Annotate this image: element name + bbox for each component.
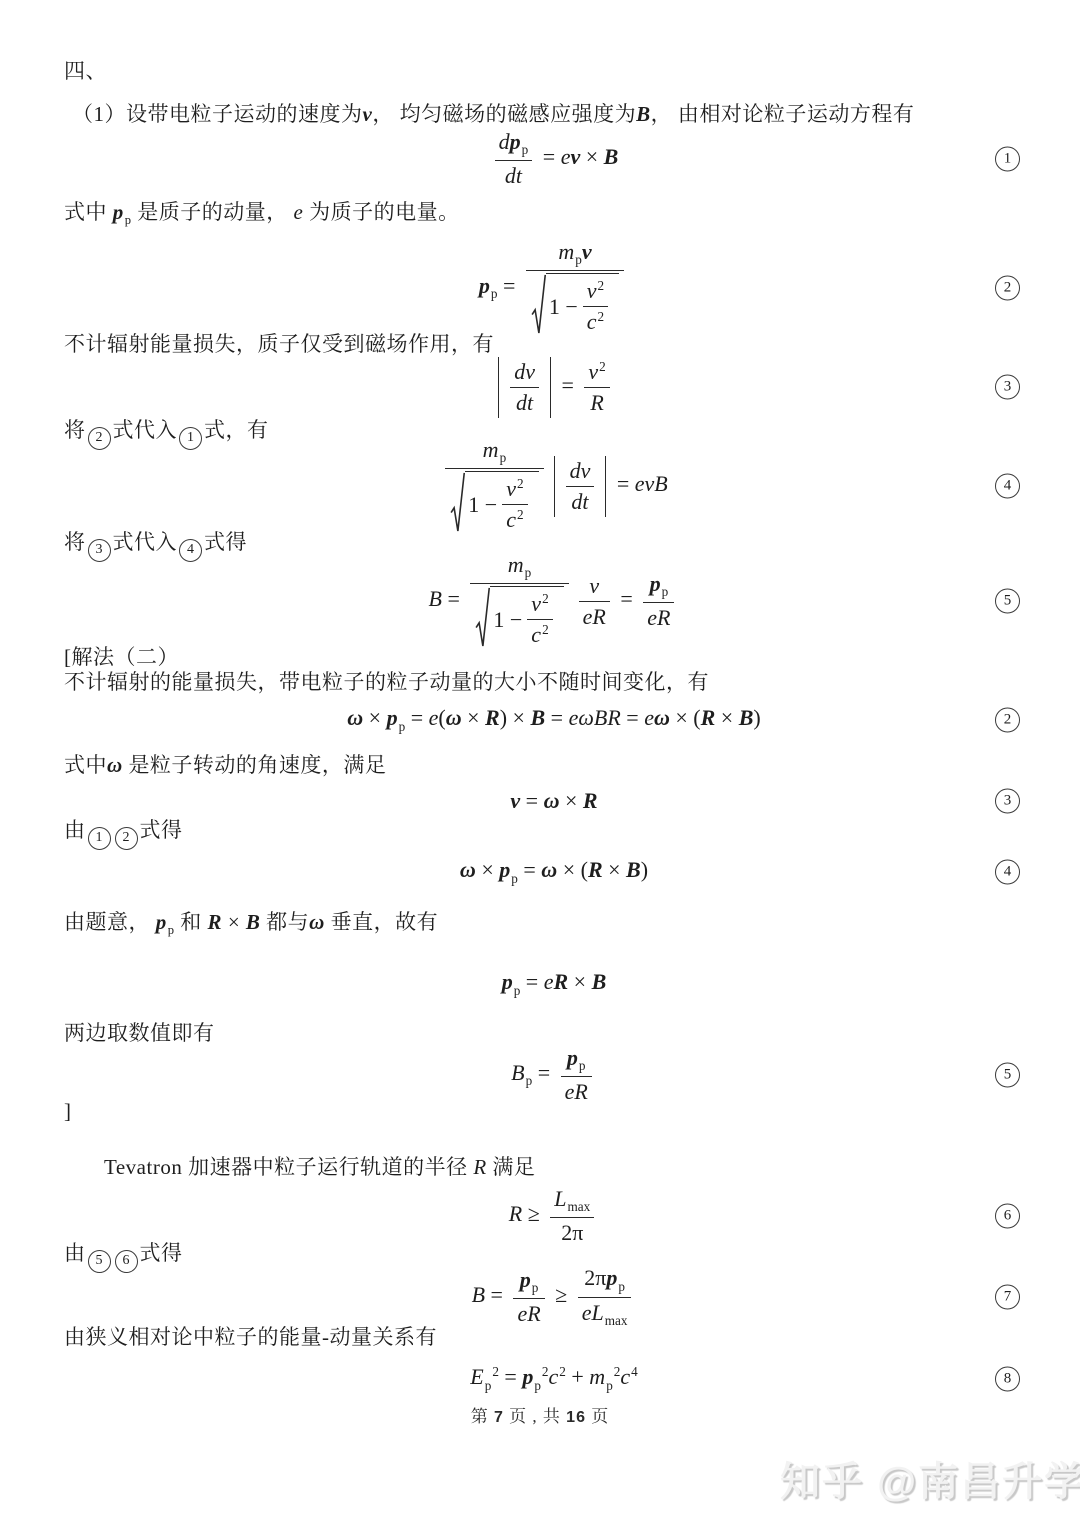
formula-5b: Bp = ppeR — [511, 1044, 597, 1106]
formula-3b: v = ω × R — [510, 788, 597, 814]
equation-tag-4b: 4 — [993, 860, 1022, 885]
equation-row-4: mp1 − v2c2dvdt = evB 4 — [0, 441, 1080, 531]
paragraph-relativity: 由狭义相对论中粒子的能量-动量关系有 — [64, 1324, 437, 1350]
equation-row-4b: ω × pp = ω × (R × B) 4 — [0, 853, 1080, 891]
equation-row-8: Ep2 = pp2c2 + mp2c4 8 — [0, 1360, 1080, 1398]
equation-tag-4: 4 — [993, 474, 1022, 499]
paragraph-tevatron: Tevatron 加速器中粒子运行轨道的半径 R 满足 — [104, 1154, 535, 1180]
formula-8: Ep2 = pp2c2 + mp2c4 — [470, 1364, 637, 1393]
paragraph-where-pp: 式中 pp 是质子的动量， e 为质子的电量。 — [64, 199, 460, 229]
equation-row-6: R ≥ Lmax2π 6 — [0, 1187, 1080, 1245]
solution2-heading: [解法（二） — [64, 644, 179, 670]
equation-tag-3b: 3 — [993, 789, 1022, 814]
equation-tag-6: 6 — [993, 1204, 1022, 1229]
paragraph-from12: 由12式得 — [64, 817, 183, 850]
formula-7: B = ppeR ≥ 2πppeLmax — [472, 1264, 637, 1330]
paragraph-bytopic: 由题意， pp 和 R × B 都与ω 垂直，故有 — [64, 909, 438, 939]
equation-row-2: pp = mpv1 − v2c2 2 — [0, 240, 1080, 336]
paragraph-intro: （1）设带电粒子运动的速度为v， 均匀磁场的磁感应强度为B， 由相对论粒子运动方… — [72, 101, 914, 127]
paragraph-bothsides: 两边取数值即有 — [64, 1020, 215, 1046]
equation-row-3: dvdt = v2R 3 — [0, 356, 1080, 418]
equation-row-2b: ω × pp = e(ω × R) × B = eωBR = eω × (R ×… — [0, 700, 1080, 740]
equation-row-5: B = mp1 − v2c2veR = ppeR 5 — [0, 553, 1080, 649]
equation-tag-5: 5 — [993, 589, 1022, 614]
formula-6: R ≥ Lmax2π — [509, 1185, 600, 1247]
paragraph-noloss2: 不计辐射的能量损失，带电粒子的粒子动量的大小不随时间变化，有 — [64, 669, 709, 695]
equation-tag-2b: 2 — [993, 708, 1022, 733]
equation-row-7: B = ppeR ≥ 2πppeLmax 7 — [0, 1265, 1080, 1329]
formula-3: dvdt = v2R — [493, 357, 615, 418]
formula-1: dppdt = ev × B — [490, 128, 619, 190]
formula-2: pp = mpv1 − v2c2 — [479, 238, 629, 338]
equation-tag-2: 2 — [993, 276, 1022, 301]
equation-tag-7: 7 — [993, 1285, 1022, 1310]
equation-row-pp: pp = eR × B — [0, 966, 1080, 1002]
paragraph-noloss1: 不计辐射能量损失，质子仅受到磁场作用，有 — [64, 331, 494, 357]
equation-tag-8: 8 — [993, 1367, 1022, 1392]
equation-row-1: dppdt = ev × B 1 — [0, 128, 1080, 190]
page-footer: 第 7 页 , 共 16 页 — [0, 1402, 1080, 1427]
equation-tag-5b: 5 — [993, 1063, 1022, 1088]
formula-4: mp1 − v2c2dvdt = evB — [440, 436, 667, 536]
formula-2b: ω × pp = e(ω × R) × B = eωBR = eω × (R ×… — [347, 705, 760, 734]
watermark: 知乎 @南昌升学通 — [780, 1450, 1080, 1507]
formula-pp: pp = eR × B — [502, 969, 607, 998]
paragraph-where-omega: 式中ω 是粒子转动的角速度，满足 — [64, 752, 386, 778]
equation-tag-1: 1 — [993, 147, 1022, 172]
formula-4b: ω × pp = ω × (R × B) — [460, 857, 648, 886]
equation-row-5b: Bp = ppeR 5 — [0, 1045, 1080, 1105]
bracket-close: ] — [64, 1098, 72, 1124]
equation-tag-3: 3 — [993, 375, 1022, 400]
section-heading: 四、 — [64, 58, 107, 84]
document-page: 四、 （1）设带电粒子运动的速度为v， 均匀磁场的磁感应强度为B， 由相对论粒子… — [0, 0, 1080, 1527]
formula-5: B = mp1 − v2c2veR = ppeR — [429, 551, 680, 651]
equation-row-3b: v = ω × R 3 — [0, 784, 1080, 818]
